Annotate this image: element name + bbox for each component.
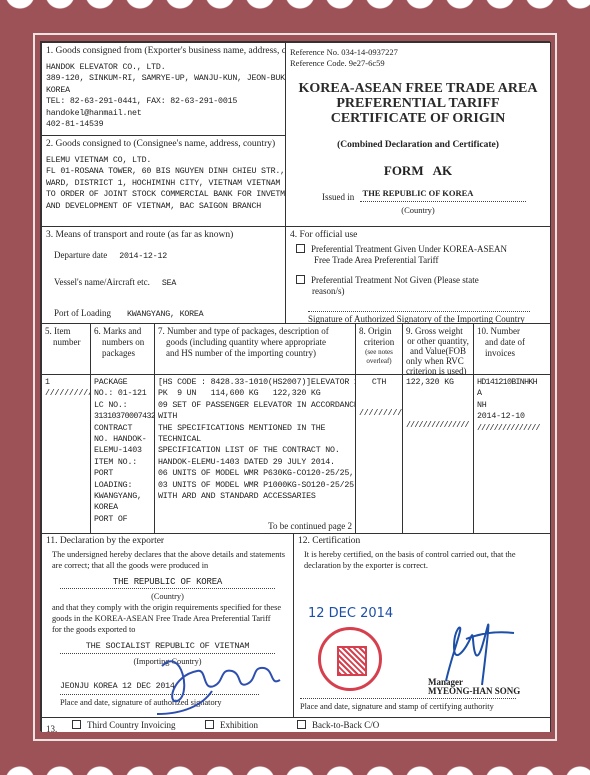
col-header-gross-weight: 9. Gross weight or other quantity, and V…: [402, 323, 474, 375]
declaration-text: are correct; that all the goods were pro…: [52, 560, 289, 571]
header-text: invoices: [485, 348, 547, 359]
box1-label: 1. Goods consigned from (Exporter's busi…: [46, 46, 281, 57]
declaration-text: and that they comply with the origin req…: [52, 602, 289, 613]
preferential-not-given-checkbox[interactable]: [296, 275, 305, 284]
declaration-text: The undersigned hereby declares that the…: [52, 549, 289, 560]
description-line: [HS CODE : 8428.33-1010(HS2007)]ELEVATOR…: [158, 377, 352, 388]
signature-dotted-line: [308, 311, 530, 312]
invoice-number: HD141210BINHKH: [477, 377, 547, 388]
exporter-line: TEL: 82-63-291-0441, FAX: 82-63-291-0015: [46, 96, 281, 107]
cell-gross-weight: 122,320 KG ///////////////: [402, 374, 474, 534]
header-text: only when RVC: [406, 356, 470, 366]
marks-line: KOREA: [94, 502, 151, 513]
title-line: KOREA-ASEAN FREE TRADE AREA: [290, 81, 546, 96]
box4-label: 4. For official use: [290, 230, 546, 241]
option-label: Third Country Invoicing: [87, 720, 176, 730]
option-given-text: Preferential Treatment Given Under KOREA…: [311, 244, 507, 254]
consignee-line: FL 01-ROSANA TOWER, 60 BIS NGUYEN DINH C…: [46, 166, 281, 177]
consignee-line: TO ORDER OF JOINT STOCK COMMERCIAL BANK …: [46, 189, 281, 200]
third-country-invoicing-checkbox[interactable]: [72, 720, 81, 729]
option-not-given-text: Preferential Treatment Not Given (Please…: [311, 275, 479, 285]
certification-text: declaration by the exporter is correct.: [304, 560, 546, 571]
certificate-subtitle: (Combined Declaration and Certificate): [290, 140, 546, 151]
title-line: PREFERENTIAL TARIFF: [290, 96, 546, 111]
header-text: 7. Number and type of packages, descript…: [158, 326, 352, 337]
loading-value: KWANGYANG, KOREA: [127, 310, 203, 319]
certification-text: It is hereby certified, on the basis of …: [304, 549, 546, 560]
loading-label: Port of Loading: [54, 308, 111, 318]
item-number: 1: [45, 377, 87, 388]
exporter-signature: [152, 646, 292, 716]
description-line: PK 9 UN 114,600 KG 122,320 KG: [158, 388, 352, 399]
invoice-date: 2014-12-10: [477, 411, 547, 422]
invoice-number: NH: [477, 400, 547, 411]
certification-date-stamp: 12 DEC 2014: [308, 606, 393, 621]
exhibition-checkbox[interactable]: [205, 720, 214, 729]
marks-line: LOADING:: [94, 480, 151, 491]
description-line: THE SPECIFICATIONS MENTIONED IN THE: [158, 423, 352, 434]
consignee-line: AND DEVELOPMENT OF VIETNAM, BAC SAIGON B…: [46, 201, 281, 212]
col-header-origin: 8. Origin criterion (see notes overleaf): [355, 323, 403, 375]
box-13-options: 13. Third Country Invoicing Exhibition B…: [41, 717, 551, 732]
exporter-line: 402-81-14539: [46, 119, 281, 130]
marks-line: NO. HANDOK-: [94, 434, 151, 445]
description-line: 03 UNITS OF MODEL WMR P1000KG-SO120-25/2…: [158, 480, 352, 491]
header-text: or other quantity,: [406, 336, 470, 346]
box-consignee: 2. Goods consigned to (Consignee's name,…: [41, 135, 286, 227]
consignee-line: WARD, DISTRICT 1, HOCHIMINH CITY, VIETNA…: [46, 178, 281, 189]
col-header-marks: 6. Marks and numbers on packages: [90, 323, 155, 375]
header-text: packages: [102, 348, 151, 359]
box2-label: 2. Goods consigned to (Consignee's name,…: [46, 139, 281, 150]
chamber-of-commerce-seal: [318, 627, 382, 691]
invoice-number: A: [477, 388, 547, 399]
col-header-description: 7. Number and type of packages, descript…: [154, 323, 356, 375]
marks-line: ITEM NO.:: [94, 457, 151, 468]
exporter-line: HANDOK ELEVATOR CO., LTD.: [46, 62, 281, 73]
reference-code: Reference Code. 9e27-6c59: [290, 58, 546, 69]
option-given-text: Free Trade Area Preferential Tariff: [314, 255, 546, 266]
preferential-given-checkbox[interactable]: [296, 244, 305, 253]
description-line: 06 UNITS OF MODEL WMR P630KG-CO120-25/25…: [158, 468, 352, 479]
header-text: 10. Number: [477, 326, 547, 337]
country-caption: (Country): [290, 205, 546, 216]
continued-note: To be continued page 2: [268, 521, 352, 532]
box-exporter: 1. Goods consigned from (Exporter's busi…: [41, 42, 286, 136]
cell-invoices: HD141210BINHKH A NH 2014-12-10 /////////…: [473, 374, 551, 534]
form-name: FORM AK: [290, 163, 546, 179]
header-text: and HS number of the importing country): [166, 348, 352, 359]
exporter-line: KOREA: [46, 85, 281, 96]
back-to-back-checkbox[interactable]: [297, 720, 306, 729]
certificate-sheet: 1. Goods consigned from (Exporter's busi…: [40, 41, 550, 731]
marks-line: NO.: 01-121: [94, 388, 151, 399]
marks-line: PORT: [94, 468, 151, 479]
vessel-value: SEA: [162, 279, 176, 288]
reference-number: Reference No. 034-14-0937227: [290, 47, 546, 58]
departure-label: Departure date: [54, 250, 107, 260]
option-label: Back-to-Back C/O: [312, 720, 379, 730]
header-text: and date of: [485, 337, 547, 348]
marks-line: KWANGYANG,: [94, 491, 151, 502]
box-official-use: 4. For official use Preferential Treatme…: [285, 226, 551, 324]
header-text: numbers on: [102, 337, 151, 348]
option-label: Exhibition: [220, 720, 258, 730]
box-transport: 3. Means of transport and route (as far …: [41, 226, 286, 324]
marks-line: PACKAGE: [94, 377, 151, 388]
declaration-text: for the goods exported to: [52, 624, 289, 635]
certificate-header: Reference No. 034-14-0937227 Reference C…: [285, 42, 551, 227]
marks-line: PORT OF: [94, 514, 151, 525]
col-header-item-number: 5. Item number: [41, 323, 91, 375]
certifier-signature-line: [300, 698, 516, 699]
marks-line: CONTRACT: [94, 423, 151, 434]
box-certification: 12. Certification It is hereby certified…: [293, 533, 551, 718]
box11-label: 11. Declaration by the exporter: [46, 536, 289, 547]
cell-description: [HS CODE : 8428.33-1010(HS2007)]ELEVATOR…: [154, 374, 356, 534]
header-text: 9. Gross weight: [406, 326, 470, 336]
issued-in-country: THE REPUBLIC OF KOREA: [290, 188, 546, 199]
exporter-line: 389-120, SINKUM-RI, SAMRYE-UP, WANJU-KUN…: [46, 73, 281, 84]
header-text: overleaf): [359, 357, 399, 366]
header-text: goods (including quantity where appropri…: [166, 337, 352, 348]
issued-in-dots: [360, 201, 526, 202]
header-text: 8. Origin: [359, 326, 399, 337]
vessel-label: Vessel's name/Aircraft etc.: [54, 277, 150, 287]
title-line: CERTIFICATE OF ORIGIN: [290, 111, 546, 126]
certifier-signature-caption: Place and date, signature and stamp of c…: [300, 701, 494, 712]
gross-weight: 122,320 KG: [406, 377, 470, 388]
header-text: criterion: [359, 337, 399, 348]
description-line: WITH ARD AND STANDARD ACCESSARIES: [158, 491, 352, 502]
header-text: 6. Marks and: [94, 326, 151, 337]
produced-country: THE REPUBLIC OF KOREA: [60, 577, 275, 589]
country-caption: (Country): [46, 591, 289, 602]
origin-filler: //////////: [359, 408, 399, 419]
cell-origin: CTH //////////: [355, 374, 403, 534]
declaration-text: goods in the KOREA-ASEAN Free Trade Area…: [52, 613, 289, 624]
header-text: 5. Item: [45, 326, 87, 337]
option-not-given-text: reason/s): [312, 286, 546, 297]
header-text: number: [53, 337, 87, 348]
invoice-filler: ///////////////: [477, 423, 547, 434]
box12-label: 12. Certification: [298, 536, 546, 547]
header-text: (see notes: [359, 348, 399, 357]
description-line: TECHNICAL: [158, 434, 352, 445]
marks-line: 31310370007432: [94, 411, 151, 422]
cell-marks: PACKAGE NO.: 01-121 LC NO.: 313103700074…: [90, 374, 155, 534]
box3-label: 3. Means of transport and route (as far …: [46, 230, 281, 241]
border-scallop-top: [0, 0, 590, 14]
marks-line: LC NO.:: [94, 400, 151, 411]
weight-filler: ///////////////: [406, 420, 470, 431]
departure-value: 2014-12-12: [119, 252, 167, 261]
item-filler: //////////: [45, 388, 87, 399]
exporter-line: handokel@hanmail.net: [46, 108, 281, 119]
description-line: SPECIFICATION LIST OF THE CONTRACT NO.: [158, 445, 352, 456]
description-line: 09 SET OF PASSENGER ELEVATOR IN ACCORDAN…: [158, 400, 352, 411]
marks-line: ELEMU-1403: [94, 445, 151, 456]
col-header-invoices: 10. Number and date of invoices: [473, 323, 551, 375]
box13-label: 13.: [46, 724, 57, 732]
cell-item-number: 1 //////////: [41, 374, 91, 534]
box-exporter-declaration: 11. Declaration by the exporter The unde…: [41, 533, 294, 718]
signer-name: MYEONG-HAN SONG: [428, 686, 520, 696]
origin-criterion: CTH: [359, 377, 399, 388]
description-line: HANDOK-ELEMU-1403 DATED 29 JULY 2014.: [158, 457, 352, 468]
description-line: WITH: [158, 411, 352, 422]
header-text: and Value(FOB: [406, 346, 470, 356]
consignee-line: ELEMU VIETNAM CO, LTD.: [46, 155, 281, 166]
border-scallop-bottom: [0, 761, 590, 775]
